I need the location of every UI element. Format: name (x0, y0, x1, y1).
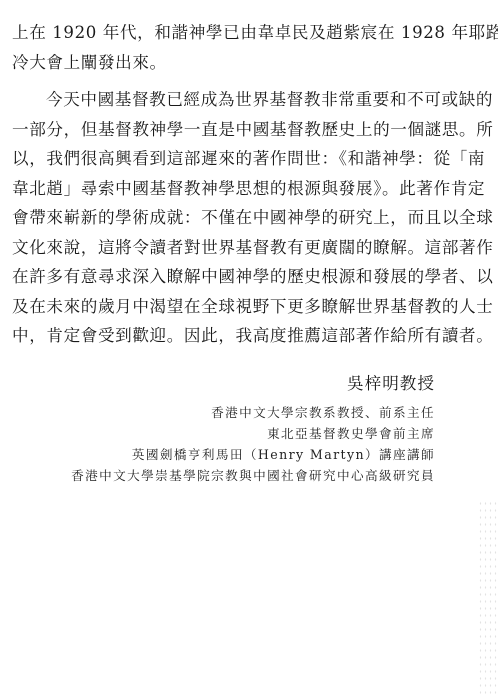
paragraph-2-line-3: 以，我們很高興看到這部遲來的著作問世：《和諧神學：從「南 (12, 144, 436, 174)
signature-title-1: 香港中文大學宗教系教授、前系主任 (71, 402, 435, 423)
signature-title-4: 香港中文大學崇基學院宗教與中國社會研究中心高級研究員 (71, 465, 435, 486)
signature-titles: 香港中文大學宗教系教授、前系主任 東北亞基督教史學會前主席 英國劍橋亨利馬田（H… (71, 402, 435, 486)
document-page: 上在 1920 年代，和諧神學已由韋卓民及趙紫宸在 1928 年耶路撒 冷大會上… (0, 0, 498, 697)
signature-title-3: 英國劍橋亨利馬田（Henry Martyn）講座講師 (71, 444, 435, 465)
paragraph-2-line-4: 韋北趙」尋索中國基督教神學思想的根源與發展》。此著作肯定 (12, 174, 436, 204)
paragraph-2-line-8: 及在未來的歲月中渴望在全球視野下更多瞭解世界基督教的人士 (12, 292, 436, 322)
paragraph-1-line-1: 上在 1920 年代，和諧神學已由韋卓民及趙紫宸在 1928 年耶路撒 (12, 18, 436, 48)
signature-name: 吳梓明教授 (347, 370, 435, 394)
paragraph-gap (12, 77, 436, 85)
paragraph-2-line-6: 文化來說，這將令讀者對世界基督教有更廣闊的瞭解。這部著作 (12, 233, 436, 263)
scan-noise (478, 500, 498, 697)
paragraph-2-line-9: 中，肯定會受到歡迎。因此，我高度推薦這部著作給所有讀者。 (12, 321, 436, 351)
paragraph-2-line-5: 會帶來嶄新的學術成就：不僅在中國神學的研究上，而且以全球 (12, 203, 436, 233)
body-text: 上在 1920 年代，和諧神學已由韋卓民及趙紫宸在 1928 年耶路撒 冷大會上… (12, 18, 436, 351)
paragraph-2-line-1: 今天中國基督教已經成為世界基督教非常重要和不可或缺的 (12, 85, 436, 115)
paragraph-1-line-2: 冷大會上闡發出來。 (12, 48, 436, 78)
signature-title-2: 東北亞基督教史學會前主席 (71, 423, 435, 444)
paragraph-2-line-7: 在許多有意尋求深入瞭解中國神學的歷史根源和發展的學者、以 (12, 262, 436, 292)
paragraph-2-line-2: 一部分，但基督教神學一直是中國基督教歷史上的一個謎思。所 (12, 115, 436, 145)
